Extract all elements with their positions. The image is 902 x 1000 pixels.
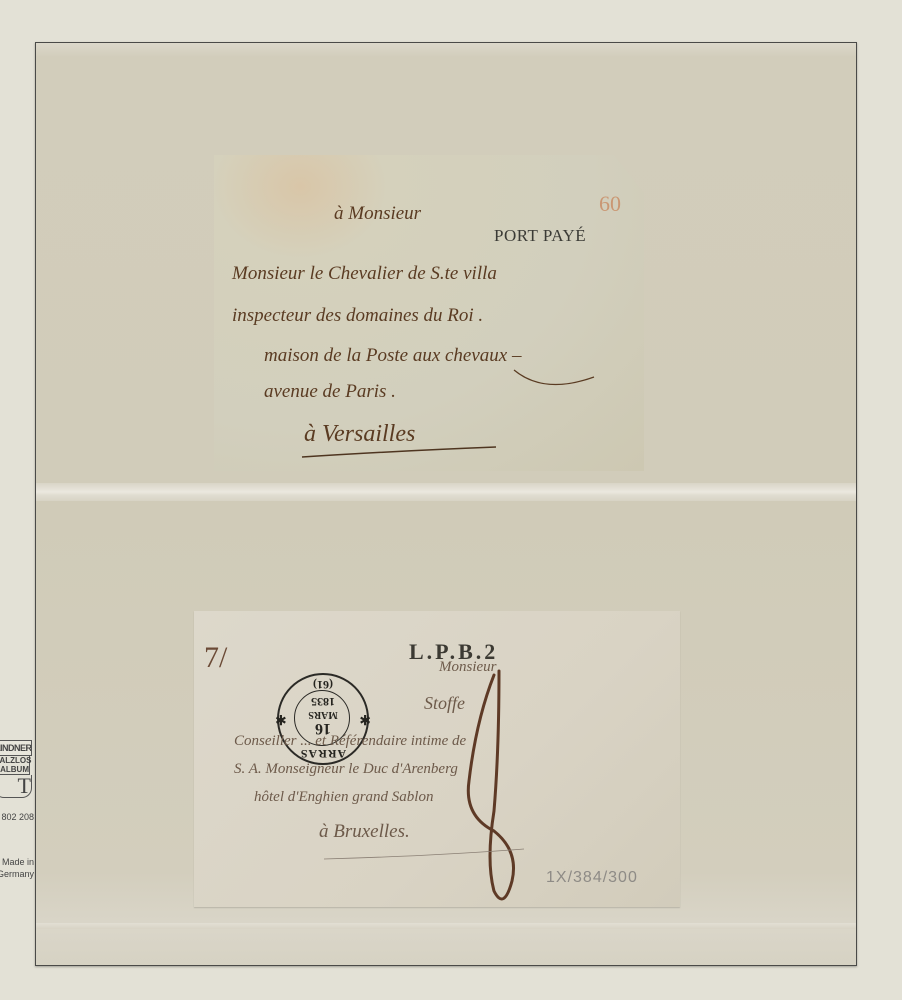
rate-marking-icon (194, 611, 680, 907)
underline-flourish-icon (214, 155, 644, 471)
made-in-label: Made in Germany (0, 856, 34, 880)
brand-line-1: FALZLOS (0, 756, 29, 765)
brand-name: LINDNER (0, 740, 32, 756)
upper-cover[interactable]: 60 PORT PAYÉ à Monsieur Monsieur le Chev… (214, 155, 644, 471)
brand-logo-icon: T (0, 775, 32, 798)
brand-subtitle: FALZLOS ALBUM (0, 755, 30, 775)
pocket-divider (36, 483, 856, 503)
made-in-line-1: Made in (0, 856, 34, 868)
lower-cover[interactable]: L.P.B.2 ARRAS 16 MARS 1835 (61) ✱ ✱ 7/ M… (194, 611, 680, 907)
made-in-line-2: Germany (0, 868, 34, 880)
album-page: 60 PORT PAYÉ à Monsieur Monsieur le Chev… (35, 42, 857, 966)
product-code: 802 208 (0, 812, 34, 822)
pocket-bottom-strip (36, 923, 856, 929)
